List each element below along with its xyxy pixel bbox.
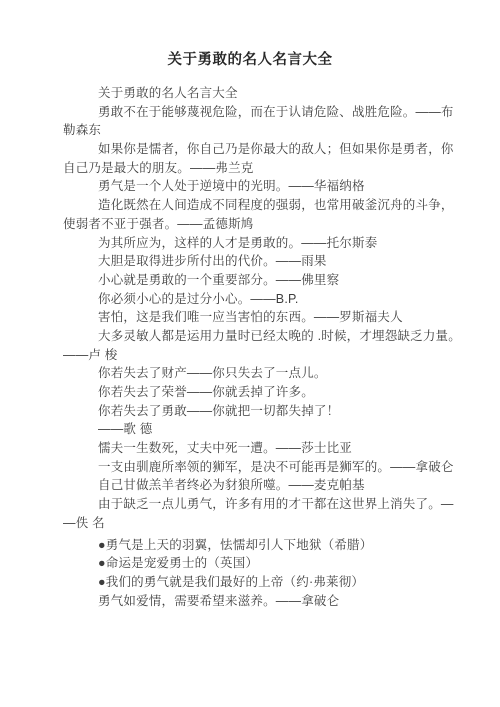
document-page: 关于勇敢的名人名言大全 关于勇敢的名人名言大全 勇敢不在于能够蔑视危险，而在于认… (0, 0, 500, 707)
text-line: 大多灵敏人都是运用力量时已经太晚的 .时候，才埋怨缺乏力量。 (63, 327, 438, 346)
text-line: 自己乃是最大的朋友。——弗兰克 (63, 159, 438, 178)
text-line: 由于缺乏一点儿勇气，许多有用的才干都在这世界上消失了。— (63, 495, 438, 514)
text-line: 关于勇敢的名人名言大全 (63, 84, 438, 103)
bullet-text-line: ●勇气是上天的羽翼，怯懦却引人下地狱（希腊） (63, 536, 438, 555)
text-line: 一支由驯鹿所率领的狮军，是决不可能再是狮军的。——拿破仑 (63, 458, 438, 477)
text-line: 造化既然在人间造成不同程度的强弱，也常用破釜沉舟的斗争， (63, 196, 438, 215)
text-line: 自己甘做羔羊者终必为豺狼所噬。——麦克帕基 (63, 476, 438, 495)
text-line: 你若失去了财产——你只失去了一点儿。 (63, 364, 438, 383)
text-line: ——歌 德 (63, 420, 438, 439)
text-line: 如果你是懦者，你自己乃是你最大的敌人；但如果你是勇者，你 (63, 140, 438, 159)
text-line: 你若失去了勇敢——你就把一切都失掉了！ (63, 402, 438, 421)
text-line: 为其所应为，这样的人才是勇敢的。——托尔斯泰 (63, 234, 438, 253)
text-line: ——卢 梭 (63, 346, 438, 365)
text-line: 害怕，这是我们唯一应当害怕的东西。——罗斯福夫人 (63, 308, 438, 327)
text-line: 大胆是取得进步所付出的代价。——雨果 (63, 252, 438, 271)
document-body: 关于勇敢的名人名言大全 勇敢不在于能够蔑视危险，而在于认请危险、战胜危险。——布… (63, 84, 438, 610)
text-line: 你若失去了荣誉——你就丢掉了许多。 (63, 383, 438, 402)
text-line: 勒森东 (63, 121, 438, 140)
bullet-text-line: ●我们的勇气就是我们最好的上帝（约·弗莱彻） (63, 573, 438, 592)
text-line: 使弱者不亚于强者。——孟德斯鸠 (63, 215, 438, 234)
text-line: 勇气是一个人处于逆境中的光明。——华福纳格 (63, 177, 438, 196)
bullet-text-line: ●命运是宠爱勇士的（英国） (63, 554, 438, 573)
text-line: 懦夫一生数死，丈夫中死一遭。——莎士比亚 (63, 439, 438, 458)
text-line: 勇敢不在于能够蔑视危险，而在于认请危险、战胜危险。——布 (63, 103, 438, 122)
text-line: 小心就是勇敢的一个重要部分。——佛里察 (63, 271, 438, 290)
document-title: 关于勇敢的名人名言大全 (0, 0, 500, 84)
text-line: 勇气如爱情，需要希望来滋养。——拿破仑 (63, 592, 438, 611)
text-line: —佚 名 (63, 514, 438, 533)
text-line: 你必须小心的是过分小心。——B.P. (63, 290, 438, 309)
